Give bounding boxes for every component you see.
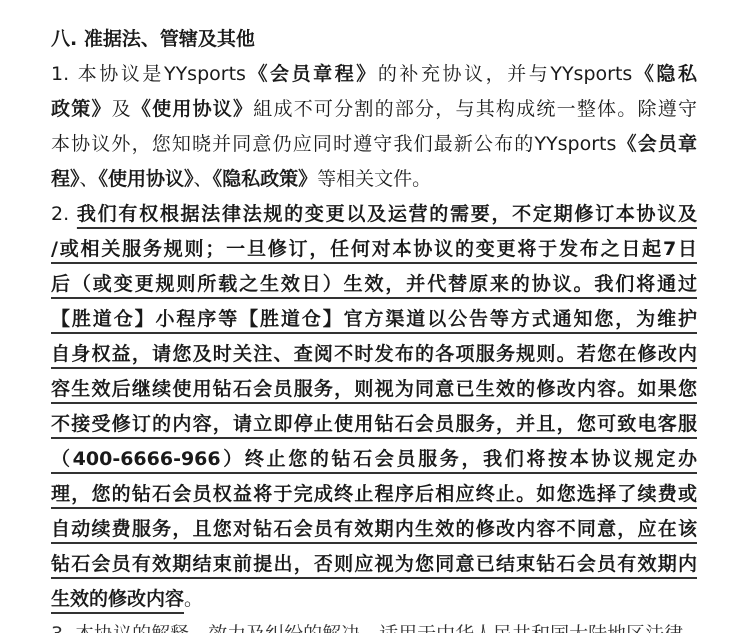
paragraph-line: 本协议外，您知晓并同意仍应同时遵守我们最新公布的YYsports《会员章	[51, 127, 697, 162]
section-heading: 八. 准据法、管辖及其他	[51, 22, 697, 57]
document-title-reference: 《使用协议》	[99, 168, 194, 190]
paragraph-2: 2. 我们有权根据法律法规的变更以及运营的需要，不定期修订本协议及/或相关服务规…	[51, 197, 697, 617]
paragraph-line: 政策》及《使用协议》組成不可分割的部分，与其构成统一整体。除遵守	[51, 92, 697, 127]
paragraph-line: 不接受修订的内容，请立即停止使用钻石会员服务，并且，您可致电客服	[51, 407, 697, 442]
paragraph-1: 1. 本协议是YYsports《会员章程》的补充协议，并与YYsports《隐私…	[51, 57, 697, 197]
paragraph-line: （400-6666-966）终止您的钻石会员服务，我们将按本协议规定办	[51, 442, 697, 477]
text-run: 本协议是YYsports	[78, 63, 246, 85]
text-run: 等相关文件。	[317, 168, 431, 190]
document-title-reference: 《会员章程》	[246, 63, 378, 85]
paragraph-line: 钻石会员有效期结束前提出，否则应视为您同意已结束钻石会员有效期内	[51, 547, 697, 582]
underlined-emphasis-text: /或相关服务规则；一旦修订，任何对本协议的变更将于发布之日起7日	[51, 238, 697, 260]
paragraph-line: 自身权益，请您及时关注、查阅不时发布的各项服务规则。若您在修改内	[51, 337, 697, 372]
paragraph-line: 理，您的钻石会员权益将于完成终止程序后相应终止。如您选择了续费或	[51, 477, 697, 512]
underlined-emphasis-text: 理，您的钻石会员权益将于完成终止程序后相应终止。如您选择了续费或	[51, 483, 697, 505]
text-run: 。	[184, 588, 203, 610]
paragraph-line: 程》、《使用协议》、《隐私政策》等相关文件。	[51, 162, 697, 197]
document-title-reference: 程》	[51, 168, 80, 190]
document-title-reference: 政策》	[51, 98, 112, 120]
document-title-reference: 《会员章	[616, 133, 697, 155]
document-title-reference: 《隐私政策》	[213, 168, 318, 190]
underlined-emphasis-text: 自动续费服务，且您对钻石会员有效期内生效的修改内容不同意，应在该	[51, 518, 697, 540]
paragraph-number: 1.	[51, 63, 78, 85]
paragraph-number: 2.	[51, 203, 77, 225]
paragraph-line: 生效的修改内容。	[51, 582, 697, 617]
text-run: 組成不可分割的部分，与其构成统一整体。除遵守	[253, 98, 697, 120]
document-title-reference: 《使用协议》	[132, 98, 253, 120]
text-run: 、	[194, 168, 213, 190]
paragraph-line: /或相关服务规则；一旦修订，任何对本协议的变更将于发布之日起7日	[51, 232, 697, 267]
paragraph-line: 【胜道仓】小程序等【胜道仓】官方渠道以公告等方式通知您，为维护	[51, 302, 697, 337]
underlined-emphasis-text: 容生效后继续使用钻石会员服务，则视为同意已生效的修改内容。如果您	[51, 378, 697, 400]
document-title-reference: 《隐私	[632, 63, 697, 85]
paragraph-line: 2. 我们有权根据法律法规的变更以及运营的需要，不定期修订本协议及	[51, 197, 697, 232]
underlined-emphasis-text: 【胜道仓】小程序等【胜道仓】官方渠道以公告等方式通知您，为维护	[51, 308, 697, 330]
underlined-emphasis-text: 生效的修改内容	[51, 588, 184, 610]
underlined-emphasis-text: 自身权益，请您及时关注、查阅不时发布的各项服务规则。若您在修改内	[51, 343, 697, 365]
text-run: 本协议外，您知晓并同意仍应同时遵守我们最新公布的YYsports	[51, 133, 616, 155]
underlined-emphasis-text: 后（或变更规则所载之生效日）生效，并代替原来的协议。我们将通过	[51, 273, 697, 295]
agreement-document: 八. 准据法、管辖及其他 1. 本协议是YYsports《会员章程》的补充协议，…	[51, 22, 697, 625]
text-run: 及	[112, 98, 132, 120]
paragraph-line: 1. 本协议是YYsports《会员章程》的补充协议，并与YYsports《隐私	[51, 57, 697, 92]
paragraph-line: 后（或变更规则所载之生效日）生效，并代替原来的协议。我们将通过	[51, 267, 697, 302]
underlined-emphasis-text: （400-6666-966）终止您的钻石会员服务，我们将按本协议规定办	[51, 448, 697, 470]
underlined-emphasis-text: 我们有权根据法律法规的变更以及运营的需要，不定期修订本协议及	[77, 203, 697, 225]
underlined-emphasis-text: 不接受修订的内容，请立即停止使用钻石会员服务，并且，您可致电客服	[51, 413, 697, 435]
text-run: 、	[80, 168, 99, 190]
paragraph-line: 容生效后继续使用钻石会员服务，则视为同意已生效的修改内容。如果您	[51, 372, 697, 407]
next-paragraph-partial: 3. 本协议的解释、效力及纠纷的解决，适用于中华人民共和国大陆地区法律。	[51, 617, 697, 625]
underlined-emphasis-text: 钻石会员有效期结束前提出，否则应视为您同意已结束钻石会员有效期内	[51, 553, 697, 575]
text-run: 的补充协议，并与YYsports	[378, 63, 632, 85]
paragraph-line: 自动续费服务，且您对钻石会员有效期内生效的修改内容不同意，应在该	[51, 512, 697, 547]
